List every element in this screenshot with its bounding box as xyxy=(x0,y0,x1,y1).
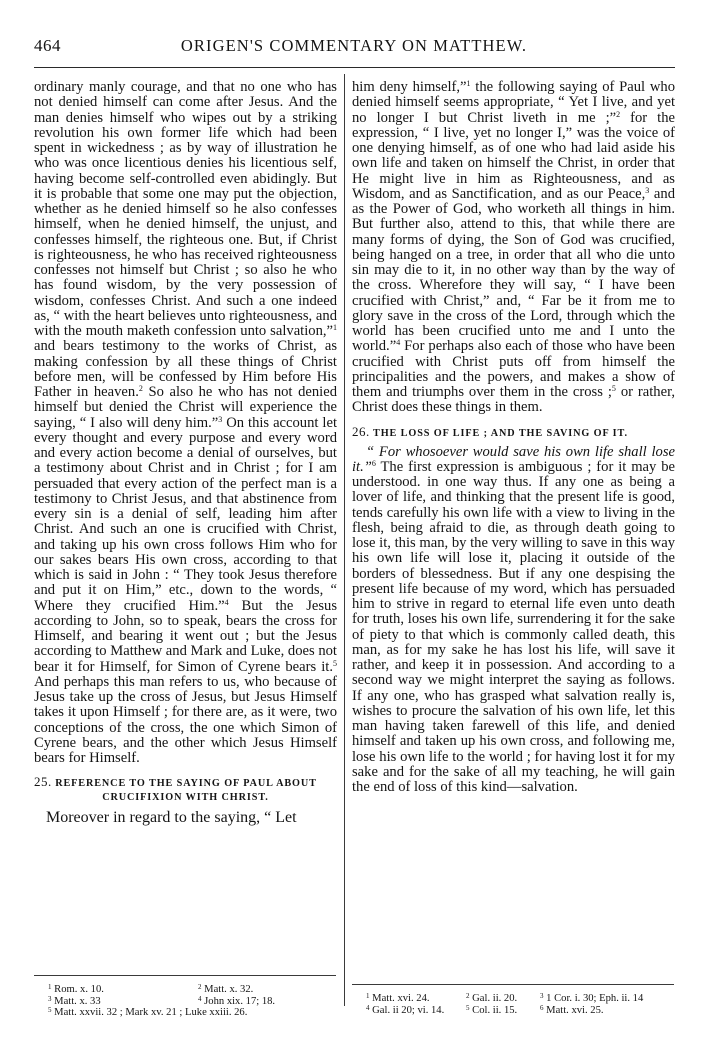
footnote-mark: 1 xyxy=(48,983,52,991)
section-title: THE LOSS OF LIFE ; AND THE SAVING OF IT. xyxy=(373,428,628,439)
paragraph: him deny himself,”1 the following saying… xyxy=(352,80,675,416)
section-number: 25. xyxy=(34,774,52,789)
footnote-text: Matt. xvi. 25. xyxy=(546,1005,603,1016)
footnote-mark: 5 xyxy=(466,1004,470,1012)
text-run: On this ac­count let every thought and e… xyxy=(34,415,337,614)
footnote-mark: 2 xyxy=(198,983,202,991)
right-column: him deny himself,”1 the following saying… xyxy=(352,80,675,795)
footnote-text: Col. ii. 15. xyxy=(472,1005,517,1016)
text-run: him deny himself,” xyxy=(352,79,467,95)
column-divider xyxy=(344,74,345,1006)
footnote-text: Matt. x. 32. xyxy=(204,984,253,995)
footnote-item: 3 1 Cor. i. 30; Eph. ii. 14 xyxy=(540,993,670,1005)
footnotes-right: 1 Matt. xvi. 24. 2 Gal. ii. 20. 3 1 Cor.… xyxy=(366,993,676,1016)
section-title-line1: REFERENCE TO THE SAYING OF PAUL ABOUT xyxy=(55,778,317,789)
footnote-mark: 4 xyxy=(366,1004,370,1012)
footnote-item: 1 Rom. x. 10. xyxy=(48,984,198,996)
footnote-mark: 4 xyxy=(198,995,202,1003)
footnote-text: Matt. xvi. 24. xyxy=(372,993,429,1004)
footnote-mark: 3 xyxy=(48,995,52,1003)
paragraph: “ For whosoever would save his own life … xyxy=(352,445,675,796)
footnote-item: 6 Matt. xvi. 25. xyxy=(540,1005,670,1017)
header-rule xyxy=(34,67,675,68)
footnote-ref[interactable]: 2 xyxy=(139,384,143,393)
footnotes-left: 1 Rom. x. 10. 2 Matt. x. 32. 3 Matt. x. … xyxy=(48,984,338,1019)
footnote-text: 1 Cor. i. 30; Eph. ii. 14 xyxy=(546,993,643,1004)
text-run: ordinary manly courage, and that no one … xyxy=(34,79,337,339)
running-title: ORIGEN'S COMMENTARY ON MATTHEW. xyxy=(34,36,674,56)
footnote-mark: 5 xyxy=(48,1006,52,1014)
left-column: ordinary manly courage, and that no one … xyxy=(34,80,337,827)
footnote-text: Gal. ii 20; vi. 14. xyxy=(372,1005,444,1016)
footnote-item: 4 Gal. ii 20; vi. 14. xyxy=(366,1005,466,1017)
text-run: The first expression is ambiguous ; for … xyxy=(352,459,675,795)
footnote-text: Gal. ii. 20. xyxy=(472,993,517,1004)
footnote-mark: 6 xyxy=(540,1004,544,1012)
footnote-item: 4 John xix. 17; 18. xyxy=(198,996,348,1008)
paragraph: ordinary manly courage, and that no one … xyxy=(34,80,337,766)
footnote-ref[interactable]: 1 xyxy=(333,323,337,332)
footnote-item: 5 Col. ii. 15. xyxy=(466,1005,540,1017)
paragraph: Moreover in regard to the saying, “ Let xyxy=(34,809,337,827)
footnote-text: Rom. x. 10. xyxy=(54,984,104,995)
footnote-mark: 1 xyxy=(366,992,370,1000)
footnote-text: John xix. 17; 18. xyxy=(204,996,275,1007)
text-run: And perhaps this man refers to us, who b… xyxy=(34,674,337,766)
section-heading-26: 26. THE LOSS OF LIFE ; AND THE SAVING OF… xyxy=(352,425,675,441)
page-header: 464 ORIGEN'S COMMENTARY ON MATTHEW. xyxy=(34,36,674,58)
footnote-item: 2 Matt. x. 32. xyxy=(198,984,348,996)
section-title-line2: CRUCIFIXION WITH CHRIST. xyxy=(34,791,337,805)
footnote-text: Matt. x. 33 xyxy=(54,996,101,1007)
section-heading-25: 25. REFERENCE TO THE SAYING OF PAUL ABOU… xyxy=(34,775,337,805)
footnote-ref[interactable]: 5 xyxy=(333,659,337,668)
footnote-rule-left xyxy=(34,975,336,976)
footnote-item: 1 Matt. xvi. 24. xyxy=(366,993,466,1005)
footnote-item: 3 Matt. x. 33 xyxy=(48,996,198,1008)
section-number: 26. xyxy=(352,424,370,439)
text-run: and as the Power of God, who worketh all… xyxy=(352,186,675,355)
footnote-mark: 3 xyxy=(540,992,544,1000)
footnote-mark: 2 xyxy=(466,992,470,1000)
footnote-item: 5 Matt. xxvii. 32 ; Mark xv. 21 ; Luke x… xyxy=(48,1007,348,1019)
footnote-text: Matt. xxvii. 32 ; Mark xv. 21 ; Luke xxi… xyxy=(54,1007,247,1018)
footnote-rule-right xyxy=(352,984,674,985)
footnote-item: 2 Gal. ii. 20. xyxy=(466,993,540,1005)
